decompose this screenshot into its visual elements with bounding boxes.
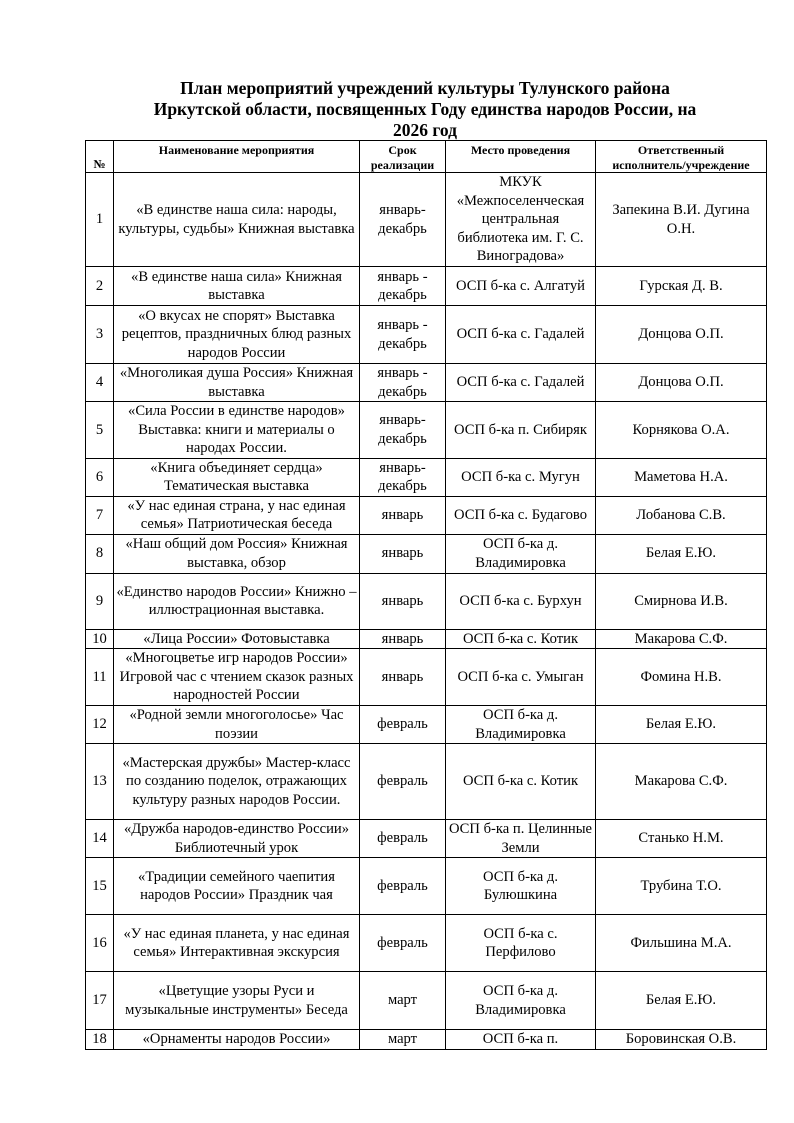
table-row: 1«В единстве наша сила: народы, культуры… xyxy=(86,173,767,267)
table-row: 3«О вкусах не спорят» Выставка рецептов,… xyxy=(86,306,767,364)
cell-name: «О вкусах не спорят» Выставка рецептов, … xyxy=(114,306,360,364)
table-row: 17«Цветущие узоры Руси и музыкальные инс… xyxy=(86,972,767,1030)
cell-place: ОСП б-ка д. Владимировка xyxy=(446,706,596,744)
cell-place: ОСП б-ка с. Котик xyxy=(446,744,596,820)
table-row: 11«Многоцветье игр народов России» Игров… xyxy=(86,649,767,706)
cell-term: январь-декабрь xyxy=(360,173,446,267)
title-line: Иркутской области, посвященных Году един… xyxy=(85,99,765,120)
cell-responsible: Макарова С.Ф. xyxy=(596,744,767,820)
table-row: 10«Лица России» ФотовыставкаянварьОСП б-… xyxy=(86,629,767,649)
cell-term: январь xyxy=(360,629,446,649)
table-body: 1«В единстве наша сила: народы, культуры… xyxy=(86,173,767,1050)
cell-term: январь xyxy=(360,534,446,573)
cell-term: январь - декабрь xyxy=(360,267,446,306)
cell-term: январь xyxy=(360,649,446,706)
header-num: № xyxy=(86,141,114,173)
cell-name: «Мастерская дружбы» Мастер-класс по созд… xyxy=(114,744,360,820)
table-row: 5«Сила России в единстве народов» Выстав… xyxy=(86,402,767,459)
cell-place: ОСП б-ка с. Гадалей xyxy=(446,364,596,402)
cell-term: февраль xyxy=(360,915,446,972)
cell-responsible: Смирнова И.В. xyxy=(596,573,767,629)
header-resp-line1: Ответственный xyxy=(598,143,764,158)
table-row: 2«В единстве наша сила» Книжная выставка… xyxy=(86,267,767,306)
cell-responsible: Боровинская О.В. xyxy=(596,1030,767,1050)
table-row: 14«Дружба народов-единство России» Библи… xyxy=(86,820,767,858)
cell-responsible: Белая Е.Ю. xyxy=(596,706,767,744)
cell-term: январь xyxy=(360,496,446,534)
table-row: 15«Традиции семейного чаепития народов Р… xyxy=(86,858,767,915)
cell-term: январь-декабрь xyxy=(360,402,446,459)
events-table: № Наименование мероприятия Срок реализац… xyxy=(85,140,767,1050)
title-line: План мероприятий учреждений культуры Тул… xyxy=(85,78,765,99)
table-row: 16«У нас единая планета, у нас единая се… xyxy=(86,915,767,972)
table-row: 7«У нас единая страна, у нас единая семь… xyxy=(86,496,767,534)
cell-num: 12 xyxy=(86,706,114,744)
cell-num: 14 xyxy=(86,820,114,858)
cell-place: ОСП б-ка с. Перфилово xyxy=(446,915,596,972)
cell-name: «Орнаменты народов России» xyxy=(114,1030,360,1050)
cell-place: ОСП б-ка с. Будагово xyxy=(446,496,596,534)
cell-num: 16 xyxy=(86,915,114,972)
cell-place: ОСП б-ка д. Владимировка xyxy=(446,534,596,573)
cell-num: 6 xyxy=(86,458,114,496)
cell-name: «Цветущие узоры Руси и музыкальные инстр… xyxy=(114,972,360,1030)
header-place: Место проведения xyxy=(446,141,596,173)
cell-num: 1 xyxy=(86,173,114,267)
cell-name: «Единство народов России» Книжно – иллюс… xyxy=(114,573,360,629)
table-row: 12«Родной земли многоголосье» Час поэзии… xyxy=(86,706,767,744)
cell-name: «Родной земли многоголосье» Час поэзии xyxy=(114,706,360,744)
cell-place: ОСП б-ка п. Сибиряк xyxy=(446,402,596,459)
cell-num: 4 xyxy=(86,364,114,402)
table-header-row: № Наименование мероприятия Срок реализац… xyxy=(86,141,767,173)
cell-name: «Многоликая душа Россия» Книжная выставк… xyxy=(114,364,360,402)
cell-place: ОСП б-ка д. Булюшкина xyxy=(446,858,596,915)
cell-num: 3 xyxy=(86,306,114,364)
cell-num: 18 xyxy=(86,1030,114,1050)
title-line: 2026 год xyxy=(85,120,765,141)
cell-name: «Книга объединяет сердца» Тематическая в… xyxy=(114,458,360,496)
cell-name: «Сила России в единстве народов» Выставк… xyxy=(114,402,360,459)
table-row: 4«Многоликая душа Россия» Книжная выстав… xyxy=(86,364,767,402)
cell-name: «У нас единая страна, у нас единая семья… xyxy=(114,496,360,534)
cell-name: «В единстве наша сила» Книжная выставка xyxy=(114,267,360,306)
cell-term: март xyxy=(360,1030,446,1050)
cell-responsible: Станько Н.М. xyxy=(596,820,767,858)
cell-place: ОСП б-ка п. Целинные Земли xyxy=(446,820,596,858)
header-name: Наименование мероприятия xyxy=(114,141,360,173)
cell-place: ОСП б-ка п. xyxy=(446,1030,596,1050)
cell-responsible: Белая Е.Ю. xyxy=(596,534,767,573)
cell-term: январь - декабрь xyxy=(360,364,446,402)
cell-name: «В единстве наша сила: народы, культуры,… xyxy=(114,173,360,267)
cell-place: МКУК «Межпоселенческая центральная библи… xyxy=(446,173,596,267)
cell-term: январь xyxy=(360,573,446,629)
cell-term: март xyxy=(360,972,446,1030)
cell-responsible: Фомина Н.В. xyxy=(596,649,767,706)
cell-num: 15 xyxy=(86,858,114,915)
cell-name: «Многоцветье игр народов России» Игровой… xyxy=(114,649,360,706)
cell-place: ОСП б-ка с. Гадалей xyxy=(446,306,596,364)
cell-place: ОСП б-ка с. Котик xyxy=(446,629,596,649)
cell-responsible: Гурская Д. В. xyxy=(596,267,767,306)
table-row: 9«Единство народов России» Книжно – иллю… xyxy=(86,573,767,629)
cell-place: ОСП б-ка с. Мугун xyxy=(446,458,596,496)
cell-name: «Дружба народов-единство России» Библиот… xyxy=(114,820,360,858)
cell-responsible: Донцова О.П. xyxy=(596,306,767,364)
header-term-line2: реализации xyxy=(362,158,443,173)
cell-responsible: Белая Е.Ю. xyxy=(596,972,767,1030)
cell-name: «У нас единая планета, у нас единая семь… xyxy=(114,915,360,972)
cell-place: ОСП б-ка д. Владимировка xyxy=(446,972,596,1030)
cell-place: ОСП б-ка с. Бурхун xyxy=(446,573,596,629)
cell-num: 9 xyxy=(86,573,114,629)
cell-responsible: Корнякова О.А. xyxy=(596,402,767,459)
table-row: 18«Орнаменты народов России»мартОСП б-ка… xyxy=(86,1030,767,1050)
cell-responsible: Трубина Т.О. xyxy=(596,858,767,915)
cell-term: февраль xyxy=(360,706,446,744)
cell-responsible: Запекина В.И. Дугина О.Н. xyxy=(596,173,767,267)
cell-term: февраль xyxy=(360,744,446,820)
cell-num: 10 xyxy=(86,629,114,649)
cell-term: февраль xyxy=(360,858,446,915)
table-row: 6«Книга объединяет сердца» Тематическая … xyxy=(86,458,767,496)
cell-responsible: Донцова О.П. xyxy=(596,364,767,402)
cell-num: 7 xyxy=(86,496,114,534)
cell-responsible: Макарова С.Ф. xyxy=(596,629,767,649)
cell-num: 11 xyxy=(86,649,114,706)
cell-num: 2 xyxy=(86,267,114,306)
cell-term: февраль xyxy=(360,820,446,858)
cell-responsible: Фильшина М.А. xyxy=(596,915,767,972)
cell-name: «Наш общий дом Россия» Книжная выставка,… xyxy=(114,534,360,573)
cell-name: «Традиции семейного чаепития народов Рос… xyxy=(114,858,360,915)
cell-num: 13 xyxy=(86,744,114,820)
header-term: Срок реализации xyxy=(360,141,446,173)
cell-name: «Лица России» Фотовыставка xyxy=(114,629,360,649)
cell-num: 8 xyxy=(86,534,114,573)
cell-place: ОСП б-ка с. Алгатуй xyxy=(446,267,596,306)
cell-place: ОСП б-ка с. Умыган xyxy=(446,649,596,706)
cell-num: 17 xyxy=(86,972,114,1030)
header-responsible: Ответственный исполнитель/учреждение xyxy=(596,141,767,173)
header-resp-line2: исполнитель/учреждение xyxy=(598,158,764,173)
cell-term: январь-декабрь xyxy=(360,458,446,496)
document-title: План мероприятий учреждений культуры Тул… xyxy=(85,78,765,141)
table-row: 13«Мастерская дружбы» Мастер-класс по со… xyxy=(86,744,767,820)
table-row: 8«Наш общий дом Россия» Книжная выставка… xyxy=(86,534,767,573)
header-term-line1: Срок xyxy=(362,143,443,158)
cell-num: 5 xyxy=(86,402,114,459)
cell-responsible: Маметова Н.А. xyxy=(596,458,767,496)
cell-term: январь - декабрь xyxy=(360,306,446,364)
cell-responsible: Лобанова С.В. xyxy=(596,496,767,534)
